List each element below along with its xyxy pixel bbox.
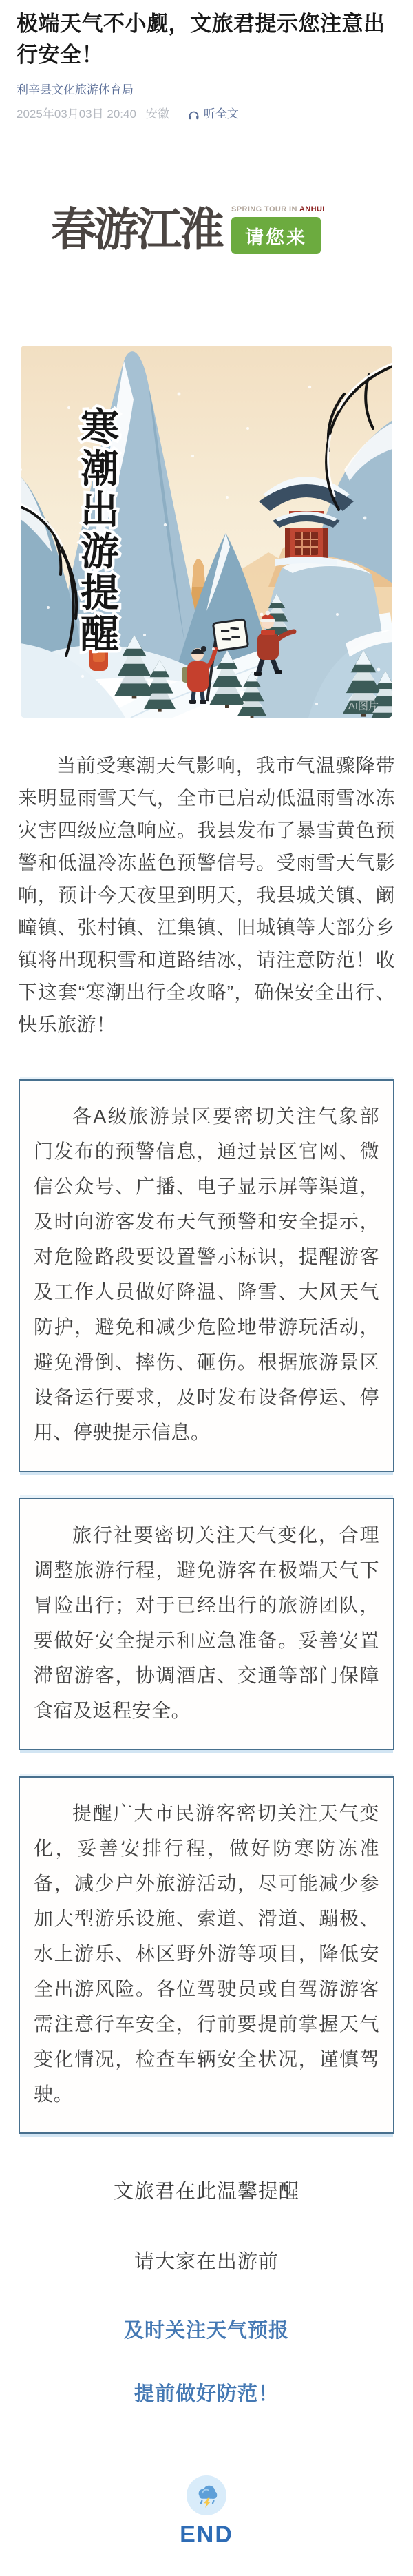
closing-line-2: 请大家在出游前 <box>17 2250 396 2274</box>
banner-logo-text: 春游江淮 <box>51 202 222 256</box>
closing-line-1: 文旅君在此温馨提醒 <box>17 2179 396 2204</box>
campaign-banner[interactable]: 春游江淮 SPRING TOUR IN ANHUI 请您来 <box>17 123 396 336</box>
closing-line-4: 提前做好防范！ <box>17 2382 396 2407</box>
tip-box-tourists: 提醒广大市民游客密切关注天气变化，妥善安排行程，做好防寒防冻准备，减少户外旅游活… <box>19 1776 394 2134</box>
ai-watermark: AI图片 <box>348 700 379 712</box>
svg-text:寒: 寒 <box>81 405 119 450</box>
end-icon-circle <box>187 2475 226 2515</box>
closing-line-3: 及时关注天气预报 <box>17 2318 396 2343</box>
article-title: 极端天气不小觑，文旅君提示您注意出行安全！ <box>17 8 396 70</box>
svg-text:游: 游 <box>81 529 119 574</box>
article-page: 极端天气不小觑，文旅君提示您注意出行安全！ 利辛县文化旅游体育局 2025年03… <box>0 0 413 2576</box>
tip-box-scenic-areas: 各A级旅游景区要密切关注气象部门发布的预警信息，通过景区官网、微信公众号、广播、… <box>19 1079 394 1472</box>
publish-date: 2025年03月03日 20:40 <box>17 106 136 123</box>
account-name[interactable]: 利辛县文化旅游体育局 <box>17 83 396 98</box>
tip-box-text: 各A级旅游景区要密切关注气象部门发布的预警信息，通过景区官网、微信公众号、广播、… <box>34 1099 379 1450</box>
tip-box-text: 提醒广大市民游客密切关注天气变化，妥善安排行程，做好防寒防冻准备，减少户外旅游活… <box>34 1796 379 2112</box>
intro-paragraph: 当前受寒潮天气影响，我市气温骤降带来明显雨雪天气，全市已启动低温雨雪冰冻灾害四级… <box>18 749 395 1041</box>
banner-subtitle-highlight: ANHUI <box>299 205 325 214</box>
storm-cloud-icon <box>193 2482 220 2509</box>
end-section: END <box>17 2475 396 2555</box>
headphone-icon <box>187 108 200 121</box>
svg-text:提: 提 <box>81 570 119 616</box>
tip-box-travel-agencies: 旅行社要密切关注天气变化，合理调整旅游行程，避免游客在极端天气下冒险出行；对于已… <box>19 1498 394 1750</box>
end-label: END <box>17 2521 396 2548</box>
listen-full-text-button[interactable]: 听全文 <box>187 106 239 123</box>
poster-image[interactable]: 寒潮出游提醒 AI图片 <box>21 346 392 718</box>
tip-box-text: 旅行社要密切关注天气变化，合理调整旅游行程，避免游客在极端天气下冒险出行；对于已… <box>34 1517 379 1728</box>
svg-text:醒: 醒 <box>81 612 119 657</box>
listen-label: 听全文 <box>204 106 239 123</box>
poster-vertical-title: 寒潮出游提醒 <box>81 405 119 657</box>
region-label: 安徽 <box>146 106 169 123</box>
svg-text:潮: 潮 <box>81 446 119 492</box>
meta-row: 2025年03月03日 20:40 安徽 听全文 <box>17 106 396 123</box>
banner-subtitle: SPRING TOUR IN ANHUI <box>231 205 321 214</box>
svg-text:出: 出 <box>81 488 119 533</box>
banner-badge: 请您来 <box>231 217 321 254</box>
closing-section: 文旅君在此温馨提醒 请大家在出游前 及时关注天气预报 提前做好防范！ <box>17 2179 396 2407</box>
